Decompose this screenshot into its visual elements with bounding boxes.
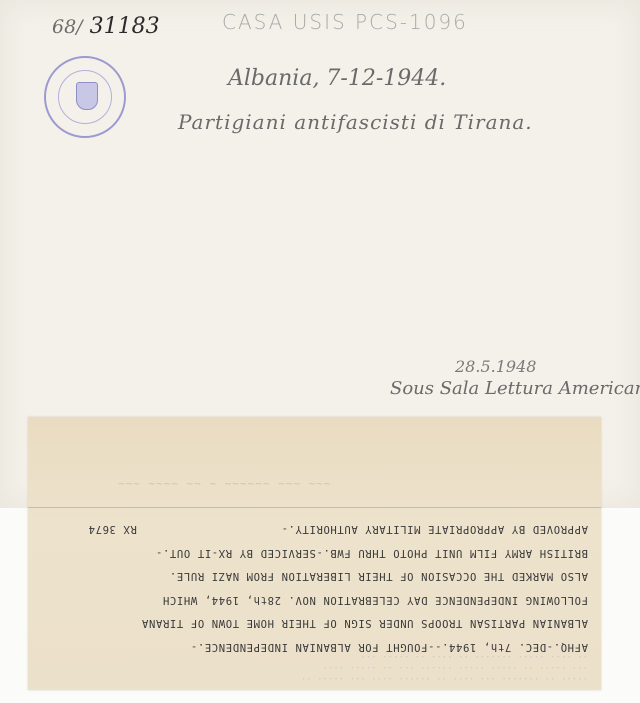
typed-line: ALSO MARKED THE OCCASION OF THEIR LIBERA… (88, 564, 588, 588)
typed-caption: AFHQ.-DEC. 7th, 1944.--FOUGHT FOR ALBANI… (88, 517, 588, 658)
coat-of-arms-icon (76, 82, 98, 110)
typed-line: APPROVED BY APPROPRIATE MILITARY AUTHORI… (88, 517, 588, 541)
pencil-reference: CASA USIS PCS-1096 (222, 10, 468, 34)
received-date: 28.5.1948 (455, 357, 536, 376)
typed-caption-label: ~~~ ~~~~ ~~ ~ ~~~~~~ ~~~ ~~~ AFHQ.-DEC. … (28, 417, 601, 690)
archive-number: 68/ 31183 (52, 14, 160, 39)
typed-line: FOLLOWING INDEPENDENCE DAY CELEBRATION N… (88, 588, 588, 612)
received-from: Sous Sala Lettura Americana (390, 378, 640, 399)
archive-number-prefix: 68/ (52, 16, 83, 38)
typed-line: BRITISH ARMY FILM UNIT PHOTO THRU FWB.-S… (88, 541, 588, 565)
show-through-ink: ~~~ ~~~~ ~~ ~ ~~~~~~ ~~~ ~~~ (118, 477, 331, 490)
purple-show-through: ..... .. ....... ... .... .. ...... ....… (88, 645, 588, 685)
fold-line (28, 507, 601, 508)
museum-stamp (44, 56, 126, 138)
reference-code: RX 3674 (88, 517, 137, 541)
handwritten-caption: Partigiani antifascisti di Tirana. (178, 110, 533, 134)
archive-number-value: 31183 (90, 14, 160, 39)
handwritten-place-date: Albania, 7-12-1944. (228, 66, 446, 91)
typed-line: ALBANIAN PARTISAN TROOPS UNDER SIGN OF T… (88, 611, 588, 635)
